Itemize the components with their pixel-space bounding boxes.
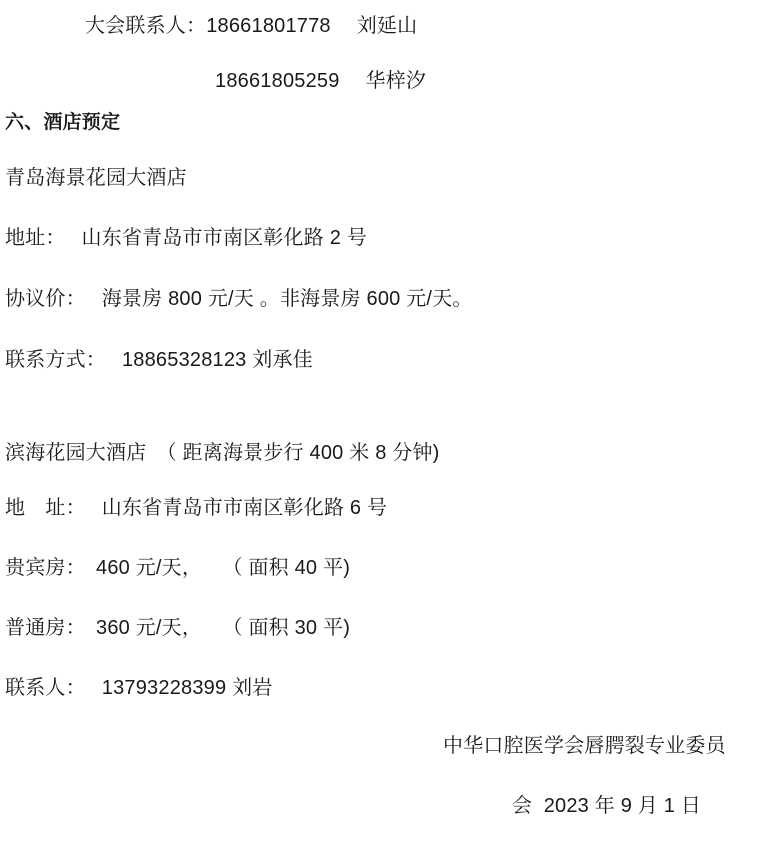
conference-contact-primary: 大会联系人：18661801778 刘延山	[85, 14, 417, 38]
hotel-seaview-contact: 联系方式： 18865328123 刘承佳	[5, 348, 313, 372]
document-page: 大会联系人：18661801778 刘延山 18661805259 华梓汐 六、…	[0, 0, 768, 847]
hotel-seaview-price: 协议价： 海景房 800 元/天 。非海景房 600 元/天。	[5, 287, 473, 311]
section-heading-hotel-booking: 六、酒店预定	[5, 111, 120, 135]
hotel-binhai-vip-room-price: 贵宾房： 460 元/天， （ 面积 40 平)	[5, 556, 350, 580]
hotel-seaview-name: 青岛海景花园大酒店	[5, 166, 187, 190]
signature-date: 会 2023 年 9 月 1 日	[512, 794, 701, 818]
hotel-binhai-contact: 联系人： 13793228399 刘岩	[5, 676, 272, 700]
hotel-binhai-standard-room-price: 普通房： 360 元/天， （ 面积 30 平)	[5, 616, 350, 640]
hotel-seaview-address: 地址： 山东省青岛市市南区彰化路 2 号	[5, 226, 367, 250]
signature-organization: 中华口腔医学会唇腭裂专业委员	[443, 734, 726, 758]
hotel-binhai-address: 地 址： 山东省青岛市市南区彰化路 6 号	[5, 496, 387, 520]
hotel-binhai-name: 滨海花园大酒店 （ 距离海景步行 400 米 8 分钟)	[5, 441, 440, 465]
conference-contact-secondary: 18661805259 华梓汐	[215, 69, 426, 93]
